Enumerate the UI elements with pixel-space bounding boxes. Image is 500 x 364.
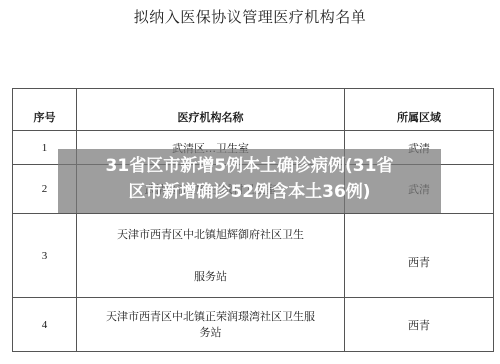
table-header-row: 序号 医疗机构名称 所属区域 — [13, 89, 494, 131]
cell-name-line1: 天津市西青区中北镇正荣润璟湾社区卫生服 — [106, 310, 315, 323]
header-seq: 序号 — [13, 89, 77, 131]
institution-table: 序号 医疗机构名称 所属区域 1 武清区…卫生室 武清 2 武清区高村镇三城村卫… — [12, 88, 494, 352]
headline-overlay: 31省区市新增5例本土确诊病例(31省 区市新增确诊52例含本土36例) — [58, 149, 441, 213]
cell-seq: 4 — [13, 298, 77, 352]
table-row: 4 天津市西青区中北镇正荣润璟湾社区卫生服 务站 西青 — [13, 298, 494, 352]
header-name: 医疗机构名称 — [77, 89, 345, 131]
cell-region: 西青 — [345, 298, 494, 352]
cell-seq: 3 — [13, 214, 77, 298]
overlay-line1: 31省区市新增5例本土确诊病例(31省 — [58, 153, 441, 179]
cell-name-line2: 服务站 — [194, 270, 227, 283]
cell-region: 西青 — [345, 214, 494, 298]
table-row: 3 天津市西青区中北镇旭辉御府社区卫生 服务站 西青 — [13, 214, 494, 298]
cell-name-line2: 务站 — [200, 326, 222, 339]
overlay-line2: 区市新增确诊52例含本土36例) — [58, 179, 441, 205]
header-region: 所属区域 — [345, 89, 494, 131]
cell-name-line1: 天津市西青区中北镇旭辉御府社区卫生 — [77, 228, 344, 242]
cell-name: 天津市西青区中北镇正荣润璟湾社区卫生服 务站 — [77, 298, 345, 352]
cell-name: 天津市西青区中北镇旭辉御府社区卫生 服务站 — [77, 214, 345, 298]
document-title: 拟纳入医保协议管理医疗机构名单 — [0, 6, 500, 27]
